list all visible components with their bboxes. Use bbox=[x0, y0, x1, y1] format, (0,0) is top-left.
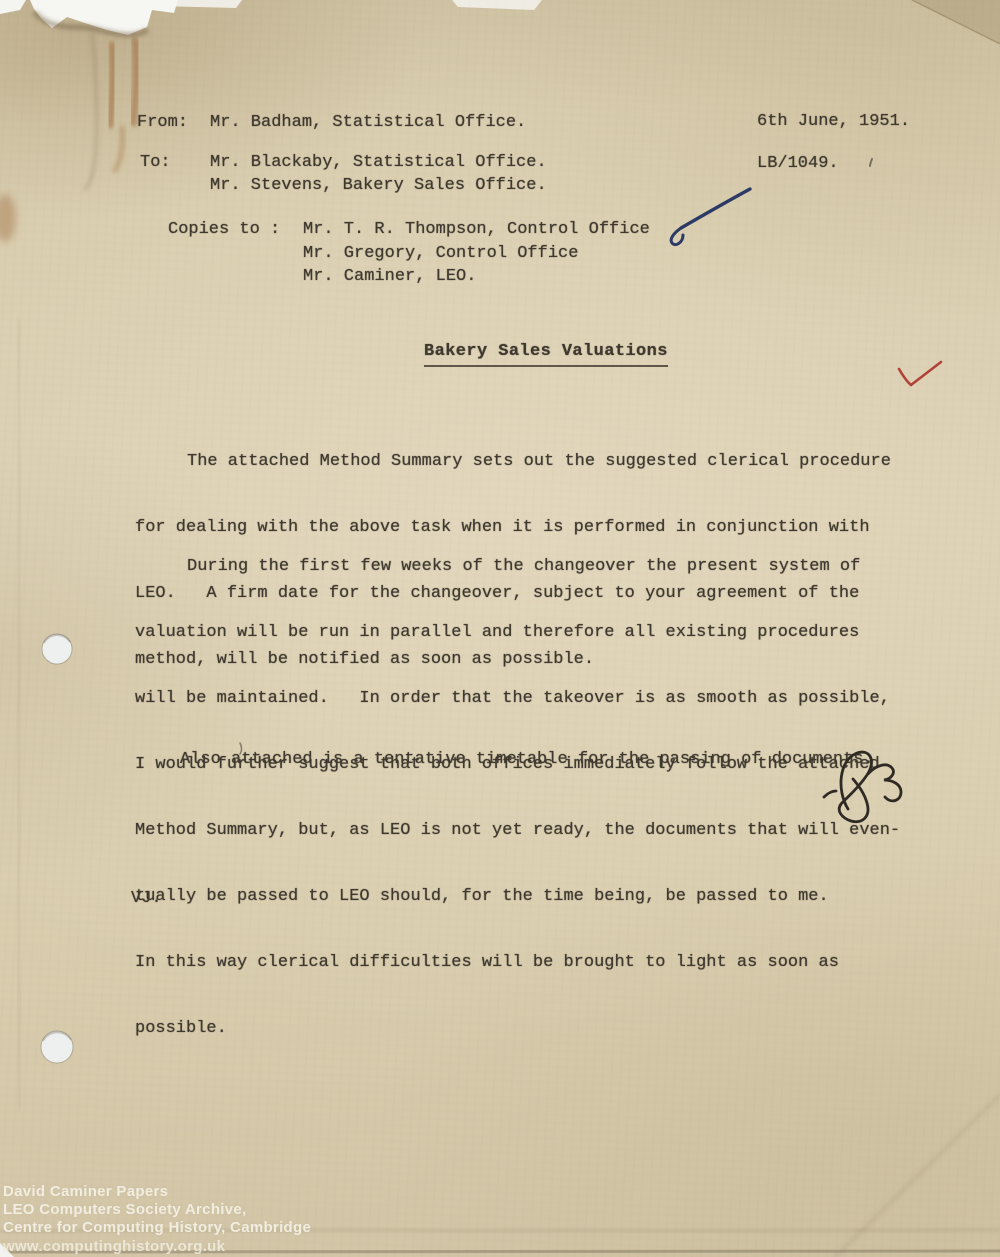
to-recipient-2: Mr. Stevens, Bakery Sales Office. bbox=[210, 175, 547, 197]
watermark-line: David Caminer Papers bbox=[3, 1183, 168, 1200]
to-label: To: bbox=[140, 152, 171, 174]
memo-title: Bakery Sales Valuations bbox=[424, 341, 668, 367]
paragraph-line: Also attached is a tentative timetable f… bbox=[135, 749, 874, 771]
scanned-memo-page: From: Mr. Badham, Statistical Office. 6t… bbox=[0, 0, 1000, 1257]
from-value: Mr. Badham, Statistical Office. bbox=[210, 112, 526, 134]
watermark-line: LEO Computers Society Archive, bbox=[3, 1201, 247, 1218]
paragraph-line: Method Summary, but, as LEO is not yet r… bbox=[135, 820, 900, 842]
copies-label: Copies to : bbox=[168, 219, 280, 241]
typist-initials: VJ. bbox=[131, 888, 162, 910]
to-recipient-1: Mr. Blackaby, Statistical Office. bbox=[210, 152, 547, 174]
copy-recipient-2: Mr. Gregory, Control Office bbox=[303, 243, 578, 265]
paragraph-3: Also attached is a tentative timetable f… bbox=[135, 705, 874, 815]
paragraph-line: tually be passed to LEO should, for the … bbox=[135, 886, 900, 908]
memo-date: 6th June, 1951. bbox=[757, 111, 910, 133]
memo-reference: LB/1049. bbox=[757, 153, 839, 175]
copy-recipient-3: Mr. Caminer, LEO. bbox=[303, 266, 476, 288]
from-label: From: bbox=[137, 112, 188, 134]
watermark-line: Centre for Computing History, Cambridge bbox=[3, 1219, 311, 1236]
watermark-line: www.computinghistory.org.uk bbox=[3, 1238, 225, 1255]
paragraph-line: valuation will be run in parallel and th… bbox=[135, 622, 900, 644]
paragraph-line: During the first few weeks of the change… bbox=[135, 556, 900, 578]
paragraph-line: The attached Method Summary sets out the… bbox=[135, 451, 891, 473]
paragraph-line: possible. bbox=[135, 1018, 900, 1040]
paragraph-line: In this way clerical difficulties will b… bbox=[135, 952, 900, 974]
copy-recipient-1: Mr. T. R. Thompson, Control Office bbox=[303, 219, 650, 241]
